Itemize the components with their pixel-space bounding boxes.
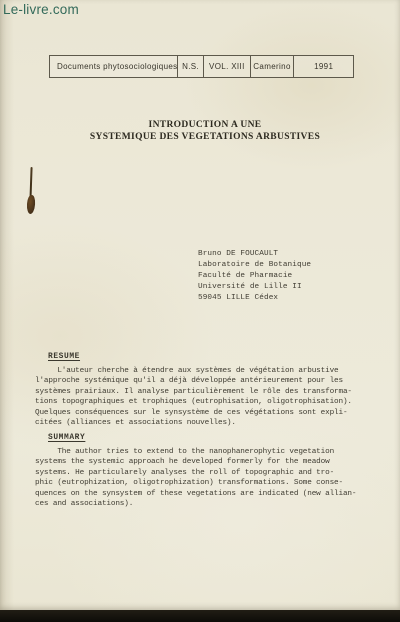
photo-background-strip [0, 610, 400, 622]
header-cell-city: Camerino [251, 56, 295, 77]
article-title-line-2: SYSTEMIQUE DES VEGETATIONS ARBUSTIVES [55, 131, 355, 143]
resume-body: L'auteur cherche à étendre aux systèmes … [35, 366, 380, 428]
resume-heading: RESUME [48, 352, 80, 361]
summary-body: The author tries to extend to the nanoph… [35, 447, 380, 509]
author-address-block: Bruno DE FOUCAULT Laboratoire de Botaniq… [198, 249, 311, 304]
article-title: INTRODUCTION A UNE SYSTEMIQUE DES VEGETA… [55, 119, 355, 143]
header-cell-year: 1991 [294, 56, 353, 77]
staple-rust-blob [26, 195, 35, 215]
header-cell-volume: VOL. XIII [204, 56, 251, 77]
summary-heading: SUMMARY [48, 433, 85, 442]
header-cell-series: N.S. [178, 56, 204, 77]
journal-header-table: Documents phytosociologiques N.S. VOL. X… [49, 55, 354, 78]
article-title-line-1: INTRODUCTION A UNE [55, 119, 355, 131]
document-page: Le-livre.com Documents phytosociologique… [0, 0, 400, 610]
staple-mark [24, 165, 38, 217]
scanned-document-photo: { "watermark": "Le-livre.com", "header":… [0, 0, 400, 622]
watermark-le-livre: Le-livre.com [3, 2, 79, 17]
header-cell-journal-name: Documents phytosociologiques [50, 56, 178, 77]
